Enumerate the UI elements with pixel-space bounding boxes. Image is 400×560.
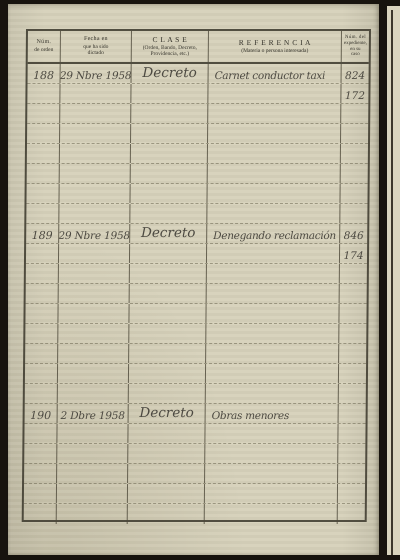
cell-num-expediente [338, 424, 365, 443]
cell-fecha [60, 124, 131, 143]
cell-fecha [57, 444, 128, 463]
cell-clase [129, 364, 206, 383]
cell-fecha [60, 104, 131, 123]
cell-num-expediente [339, 304, 366, 323]
cell-num-orden: 188 [28, 64, 61, 83]
cell-referencia [206, 324, 339, 343]
ledger-page: Núm. de orden Fecha en que ha sido dicta… [8, 4, 379, 555]
cell-num-orden [24, 424, 57, 443]
cell-referencia [206, 384, 339, 403]
cell-fecha [57, 504, 128, 524]
table-row: 174 [26, 244, 367, 264]
cell-num-orden [27, 144, 60, 163]
header-clase: C L A S E (Orden, Bando, Decreto, Provid… [132, 31, 209, 62]
cell-clase [131, 164, 208, 183]
header-num-orden-sub: de orden [34, 47, 53, 54]
header-referencia-sub: (Materia o persona interesada) [241, 48, 308, 55]
header-fecha: Fecha en que ha sido dictado [61, 31, 132, 62]
cell-fecha [59, 264, 130, 283]
cell-clase: Decreto [130, 224, 207, 243]
header-num-expediente: Núm. del expediente, en su caso [342, 31, 369, 62]
table-row: 172 [27, 84, 368, 104]
cell-fecha: 29 Nbre 1958 [59, 224, 130, 243]
cell-fecha [57, 424, 128, 443]
cell-clase [128, 504, 205, 524]
cell-referencia [208, 104, 341, 123]
cell-referencia [207, 264, 340, 283]
cell-referencia [205, 444, 338, 463]
table-row [27, 164, 368, 184]
cell-fecha [58, 364, 129, 383]
cell-fecha [57, 484, 128, 503]
header-clase-title: C L A S E [153, 35, 188, 45]
cell-referencia [208, 84, 341, 103]
table-row [25, 364, 366, 384]
cell-num-orden [27, 164, 60, 183]
cell-num-orden [27, 104, 60, 123]
scanned-ledger-screenshot: { "colors": { "background": "#17130e", "… [0, 0, 400, 560]
cell-referencia [207, 204, 340, 223]
cell-num-orden [25, 344, 58, 363]
cell-clase [131, 104, 208, 123]
cell-clase [129, 384, 206, 403]
cell-num-orden [27, 84, 60, 103]
table-row [26, 184, 367, 204]
cell-clase [128, 464, 205, 483]
cell-num-expediente [341, 104, 368, 123]
cell-referencia [206, 304, 339, 323]
header-num-expediente-sub: expediente, en su caso [344, 41, 367, 58]
table-row [25, 324, 366, 344]
table-row [25, 304, 366, 324]
cell-num-expediente [339, 364, 366, 383]
cell-num-orden [26, 244, 59, 263]
table-row: 188 29 Nbre 1958 Decreto Carnet conducto… [28, 64, 369, 84]
cell-fecha [59, 184, 130, 203]
cell-num-expediente: 174 [340, 244, 367, 263]
cell-fecha [57, 464, 128, 483]
cell-referencia [205, 424, 338, 443]
cell-num-expediente [339, 344, 366, 363]
cell-clase [130, 244, 207, 263]
table-row [24, 504, 365, 524]
cell-num-orden: 189 [26, 224, 59, 243]
cell-clase [130, 264, 207, 283]
cell-fecha: 2 Dbre 1958 [58, 404, 129, 423]
table-row [24, 464, 365, 484]
cell-fecha: 29 Nbre 1958 [61, 64, 132, 83]
cell-clase [129, 304, 206, 323]
cell-referencia [206, 364, 339, 383]
cell-num-expediente [340, 184, 367, 203]
cell-num-orden [26, 284, 59, 303]
cell-num-expediente: 846 [340, 224, 367, 243]
cell-num-expediente [339, 384, 366, 403]
cell-referencia: Denegando reclamación multa [207, 224, 340, 243]
cell-num-orden [25, 304, 58, 323]
cell-referencia: Obras menores [206, 404, 339, 423]
table-row [26, 204, 367, 224]
cell-num-expediente [338, 504, 365, 524]
header-fecha-title: Fecha en [84, 36, 108, 44]
cell-num-expediente [338, 444, 365, 463]
table-row: 189 29 Nbre 1958 Decreto Denegando recla… [26, 224, 367, 244]
cell-clase [129, 344, 206, 363]
cell-fecha [60, 144, 131, 163]
cell-clase [130, 204, 207, 223]
table-row [24, 424, 365, 444]
table-row [27, 144, 368, 164]
cell-clase: Decreto [132, 64, 209, 83]
cell-fecha [59, 244, 130, 263]
cell-clase [131, 144, 208, 163]
cell-num-expediente: 824 [342, 64, 369, 83]
next-page-edge [387, 6, 400, 555]
cell-clase [131, 84, 208, 103]
header-num-orden-title: Núm. [36, 39, 51, 47]
header-referencia: R E F E R E N C I A (Materia o persona i… [209, 31, 342, 62]
table-row [25, 384, 366, 404]
table-row [25, 344, 366, 364]
cell-num-expediente [341, 164, 368, 183]
table-row: 190 2 Dbre 1958 Decreto Obras menores [25, 404, 366, 424]
cell-referencia [206, 344, 339, 363]
cell-num-orden [26, 264, 59, 283]
cell-referencia [207, 284, 340, 303]
cell-num-orden [26, 184, 59, 203]
header-num-orden: Núm. de orden [28, 31, 61, 62]
cell-clase [131, 124, 208, 143]
cell-fecha [59, 284, 130, 303]
cell-num-orden [25, 364, 58, 383]
table-row [24, 484, 365, 504]
cell-num-expediente [339, 404, 366, 423]
cell-fecha [58, 344, 129, 363]
table-row [26, 284, 367, 304]
cell-referencia [205, 484, 338, 503]
table-row [27, 124, 368, 144]
cell-num-expediente [338, 484, 365, 503]
cell-referencia [205, 504, 338, 524]
cell-num-orden [24, 444, 57, 463]
cell-num-orden [25, 384, 58, 403]
cell-clase [128, 424, 205, 443]
cell-fecha [60, 84, 131, 103]
header-clase-sub: (Orden, Bando, Decreto, Providencia, etc… [143, 45, 197, 59]
header-fecha-sub: que ha sido dictado [83, 44, 108, 58]
cell-referencia [205, 464, 338, 483]
cell-num-orden [26, 204, 59, 223]
cell-num-expediente [340, 264, 367, 283]
cell-num-expediente [341, 124, 368, 143]
table-header-row: Núm. de orden Fecha en que ha sido dicta… [28, 31, 369, 64]
cell-fecha [58, 384, 129, 403]
cell-referencia [207, 244, 340, 263]
table-row [27, 104, 368, 124]
cell-num-expediente [338, 464, 365, 483]
cell-num-orden [27, 124, 60, 143]
cell-clase [130, 184, 207, 203]
table-row [26, 264, 367, 284]
cell-clase [128, 444, 205, 463]
cell-fecha [60, 164, 131, 183]
cell-num-orden [24, 504, 57, 524]
cell-num-expediente: 172 [341, 84, 368, 103]
cell-clase: Decreto [129, 404, 206, 423]
cell-num-expediente [340, 204, 367, 223]
table-body: 188 29 Nbre 1958 Decreto Carnet conducto… [24, 64, 369, 524]
cell-num-orden [24, 484, 57, 503]
header-referencia-title: R E F E R E N C I A [239, 38, 311, 48]
cell-referencia [208, 144, 341, 163]
cell-num-expediente [339, 324, 366, 343]
cell-num-orden [24, 464, 57, 483]
cell-fecha [58, 304, 129, 323]
cell-referencia [208, 124, 341, 143]
cell-fecha [59, 204, 130, 223]
cell-referencia [208, 164, 341, 183]
cell-num-orden [25, 324, 58, 343]
register-table: Núm. de orden Fecha en que ha sido dicta… [22, 29, 371, 522]
cell-clase [128, 484, 205, 503]
cell-num-expediente [341, 144, 368, 163]
table-row [24, 444, 365, 464]
cell-clase [129, 324, 206, 343]
cell-num-expediente [340, 284, 367, 303]
cell-referencia [207, 184, 340, 203]
cell-num-orden: 190 [25, 404, 58, 423]
cell-clase [130, 284, 207, 303]
cell-fecha [58, 324, 129, 343]
cell-referencia: Carnet conductor taxi [209, 64, 342, 83]
